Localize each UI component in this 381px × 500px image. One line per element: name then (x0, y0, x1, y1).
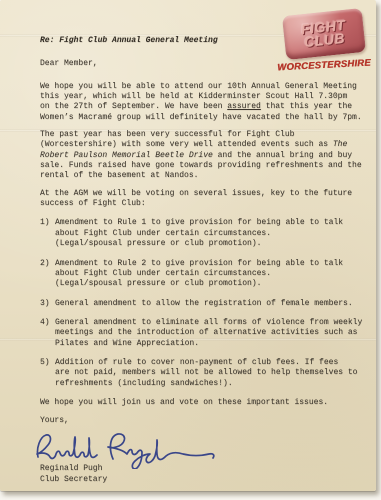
agenda-item-2: 2) Amendment to Rule 2 to give provision… (40, 259, 366, 290)
agenda-list: 1) Amendment to Rule 1 to give provision… (40, 218, 366, 388)
letter-photo: FIGHT CLUB WORCESTERSHIRE Re: Fight Club… (0, 0, 381, 500)
typed-signature-title: Club Secretary (40, 474, 366, 485)
agenda-item-5: 5) Addition of rule to cover non-payment… (40, 358, 366, 389)
closing-line: We hope you will join us and vote on the… (40, 398, 366, 408)
agenda-item-text: General amendment to eliminate all forms… (55, 318, 362, 349)
paragraph-1: We hope you will be able to attend our 1… (40, 82, 366, 123)
agenda-item-text: Amendment to Rule 1 to give provision fo… (55, 218, 343, 249)
handwritten-signature (34, 429, 366, 467)
agenda-item-text: Amendment to Rule 2 to give provision fo… (55, 259, 343, 290)
paragraph-3: At the AGM we will be voting on several … (40, 189, 366, 210)
agenda-item-1: 1) Amendment to Rule 1 to give provision… (40, 218, 366, 249)
agenda-item-4: 4) General amendment to eliminate all fo… (40, 318, 366, 349)
agenda-item-text: General amendment to allow the registrat… (55, 299, 353, 309)
agenda-item-3: 3) General amendment to allow the regist… (40, 299, 366, 309)
agenda-item-number: 4) (40, 318, 55, 349)
letter-content: Re: Fight Club Annual General Meeting De… (40, 36, 366, 485)
agenda-item-text: Addition of rule to cover non-payment of… (55, 358, 357, 389)
signoff: Yours, (40, 416, 366, 426)
paragraph-2: The past year has been very successful f… (40, 130, 366, 182)
agenda-item-number: 2) (40, 259, 55, 290)
agenda-item-number: 3) (40, 299, 55, 309)
p1-underlined-word: assured (227, 102, 261, 111)
typed-signature-name: Reginald Pugh (40, 463, 366, 474)
letter-paper: FIGHT CLUB WORCESTERSHIRE Re: Fight Club… (0, 0, 376, 491)
p2-text-a: The past year has been very successful f… (40, 130, 333, 149)
letter-subject: Re: Fight Club Annual General Meeting (40, 36, 366, 46)
salutation: Dear Member, (40, 59, 366, 69)
agenda-item-number: 5) (40, 358, 55, 389)
agenda-item-number: 1) (40, 218, 55, 249)
